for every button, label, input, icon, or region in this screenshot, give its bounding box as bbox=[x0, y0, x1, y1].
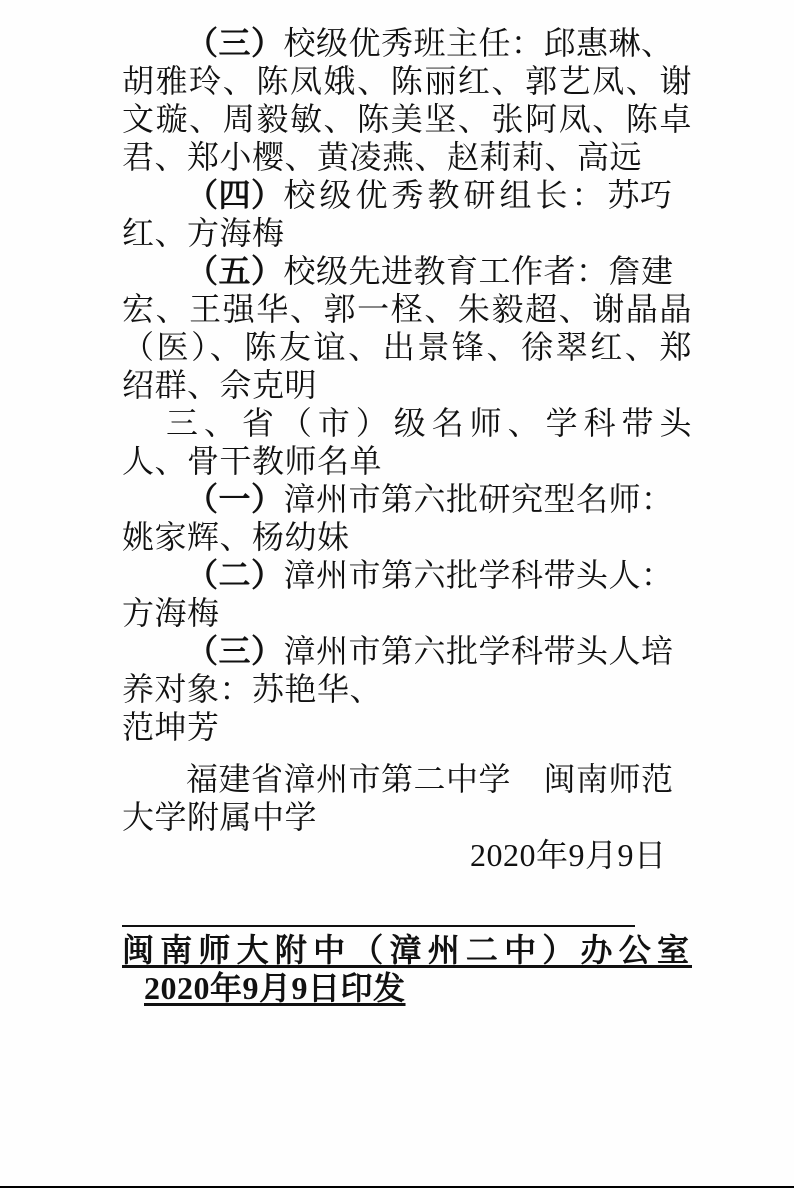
item-heading: 校级先进教育工作者： bbox=[284, 252, 609, 290]
section3-title: 三、省（市）级名师、学科带头 bbox=[166, 404, 692, 442]
names-line: 姚家辉、杨幼妹 bbox=[122, 518, 350, 556]
names-line: 绍群、佘克明 bbox=[122, 366, 317, 404]
section3-title-cont: 人、骨干教师名单 bbox=[122, 442, 382, 480]
names-line: 宏、王强华、郭一柽、朱毅超、谢晶晶 bbox=[122, 290, 692, 328]
item-heading: 校级优秀班主任： bbox=[284, 24, 544, 62]
names-line: 君、郑小樱、黄凌燕、赵莉莉、高远 bbox=[122, 138, 642, 176]
item-subject-leaders-heading: （二）漳州市第六批学科带头人： bbox=[122, 556, 674, 594]
item-heading: 漳州市第六批学科带头人培 bbox=[284, 632, 674, 670]
names-line: 方海梅 bbox=[122, 594, 220, 632]
signature-org: 福建省漳州市第二中学 闽南师范 bbox=[122, 760, 674, 798]
item-marker: （一） bbox=[186, 480, 284, 518]
item-heading: 漳州市第六批研究型名师： bbox=[284, 480, 674, 518]
names-line: （医）、陈友谊、出景锋、徐翠红、郑 bbox=[122, 328, 692, 366]
footer-issue-date: 2020年9月9日印发 bbox=[144, 969, 406, 1007]
item-marker: （四） bbox=[186, 176, 284, 214]
item-heading: 校级优秀教研组长： bbox=[284, 176, 608, 214]
name-text: 詹建 bbox=[609, 252, 674, 290]
item-subject-leader-trainees-heading: （三）漳州市第六批学科带头人培 bbox=[122, 632, 674, 670]
signature-org-cont: 大学附属中学 bbox=[122, 798, 317, 836]
item-heading-cont: 养对象：苏艳华、 bbox=[122, 670, 382, 708]
signature-date: 2020年9月9日 bbox=[470, 836, 667, 874]
names-line: 胡雅玲、陈凤娥、陈丽红、郭艺凤、谢 bbox=[122, 62, 692, 100]
names-line: 范坤芳 bbox=[122, 708, 220, 746]
item-excellent-head-teachers-heading: （三）校级优秀班主任：邱惠琳、 bbox=[122, 24, 674, 62]
name-text: 邱惠琳、 bbox=[544, 24, 674, 62]
footer-divider bbox=[122, 925, 635, 927]
item-marker: （五） bbox=[186, 252, 284, 290]
item-heading: 漳州市第六批学科带头人： bbox=[284, 556, 674, 594]
name-text: 苏巧 bbox=[608, 176, 673, 214]
item-advanced-workers-heading: （五）校级先进教育工作者：詹建 bbox=[122, 252, 674, 290]
item-marker: （三） bbox=[186, 632, 284, 670]
item-marker: （三） bbox=[186, 24, 284, 62]
item-excellent-group-leaders-heading: （四）校级优秀教研组长：苏巧 bbox=[122, 176, 673, 214]
footer-issuer: 闽南师大附中（漳州二中）办公室 bbox=[122, 931, 692, 969]
names-line: 文璇、周毅敏、陈美坚、张阿凤、陈卓 bbox=[122, 100, 692, 138]
item-marker: （二） bbox=[186, 556, 284, 594]
names-line: 红、方海梅 bbox=[122, 214, 285, 252]
item-research-teachers-heading: （一）漳州市第六批研究型名师： bbox=[122, 480, 674, 518]
